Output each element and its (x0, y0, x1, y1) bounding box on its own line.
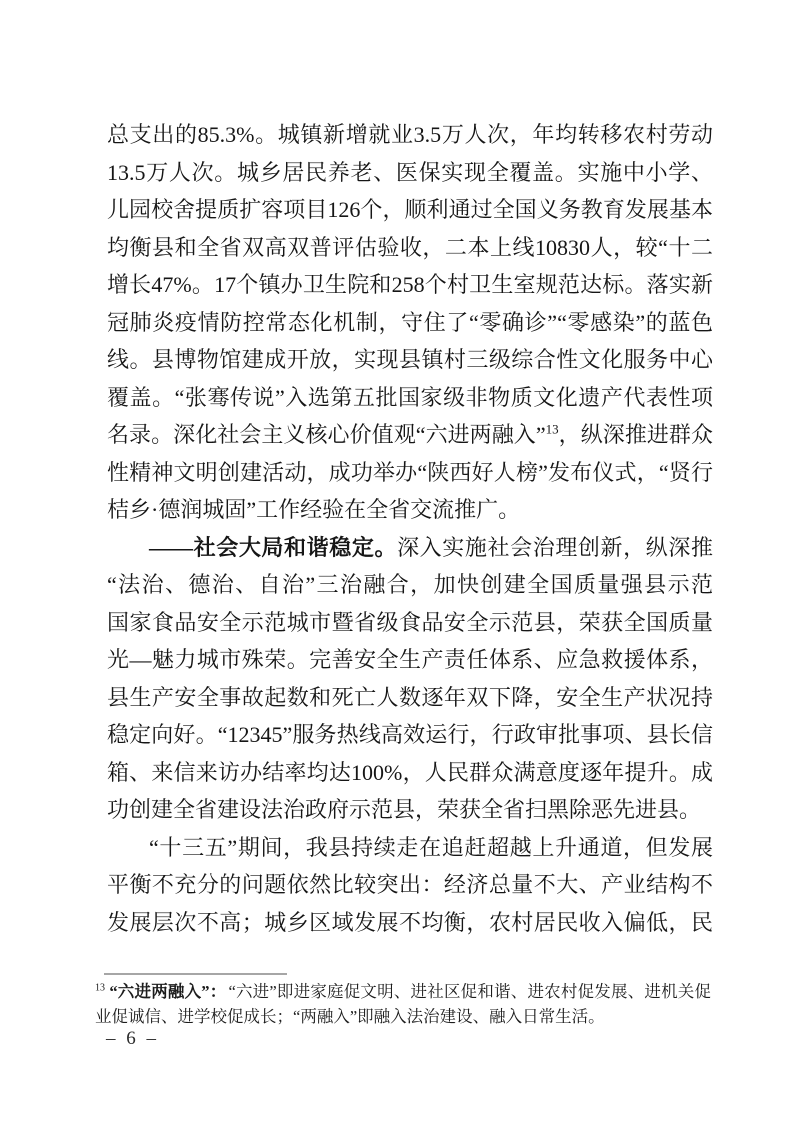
body-line: 性精神文明创建活动，成功举办“陕西好人榜”发布仪式，“贤行 (107, 454, 713, 492)
body-line: 总支出的85.3%。城镇新增就业3.5万人次，年均转移农村劳动力 (107, 116, 713, 154)
body-line: 发展层次不高；城乡区域发展不均衡，农村居民收入偏低，民生 (107, 904, 713, 942)
body-line: 线。县博物馆建成开放，实现县镇村三级综合性文化服务中心全 (107, 341, 713, 379)
body-line: 13.5万人次。城乡居民养老、医保实现全覆盖。实施中小学、幼 (107, 154, 713, 192)
document-page: 总支出的85.3%。城镇新增就业3.5万人次，年均转移农村劳动力 13.5万人次… (0, 0, 793, 1122)
footnote-ref-13: 13 (546, 422, 559, 437)
body-line: 县生产安全事故起数和死亡人数逐年双下降，安全生产状况持续 (107, 679, 713, 717)
footnote-line: 业促诚信、进学校促成长；“两融入”即融入法治建设、融入日常生活。 (95, 1004, 711, 1029)
body-line: 国家食品安全示范城市暨省级食品安全示范县，荣获全国质量之 (107, 604, 713, 642)
footnote-term: “六进两融入”： (109, 982, 226, 1001)
body-line: 增长47%。17个镇办卫生院和258个村卫生室规范达标。落实新 (107, 266, 713, 304)
line-text: 名录。深化社会主义核心价值观“六进两融入” (107, 422, 546, 447)
footnote-line: 13 “六进两融入”：“六进”即进家庭促文明、进社区促和谐、进农村促发展、进机关… (95, 979, 711, 1004)
bold-lead-in: ——社会大局和谐稳定。 (149, 535, 397, 560)
body-line: 名录。深化社会主义核心价值观“六进两融入”13，纵深推进群众 (107, 416, 713, 454)
body-line: 功创建全省建设法治政府示范县，荣获全省扫黑除恶先进县。 (107, 791, 713, 829)
body-line: 冠肺炎疫情防控常态化机制，守住了“零确诊”“零感染”的蓝色防 (107, 304, 713, 342)
body-line: 桔乡·德润城固”工作经验在全省交流推广。 (107, 491, 713, 529)
body-line-paragraph-start: “十三五”期间，我县持续走在追赶超越上升通道，但发展不 (107, 829, 713, 867)
body-line: 平衡不充分的问题依然比较突出：经济总量不大、产业结构不优、 (107, 866, 713, 904)
body-line: “法治、德治、自治”三治融合，加快创建全国质量强县示范县、 (107, 566, 713, 604)
page-number: – 6 – (106, 1027, 159, 1051)
body-text: 总支出的85.3%。城镇新增就业3.5万人次，年均转移农村劳动力 13.5万人次… (107, 116, 713, 941)
body-line: 儿园校舍提质扩容项目126个，顺利通过全国义务教育发展基本 (107, 191, 713, 229)
body-line-paragraph-start: ——社会大局和谐稳定。深入实施社会治理创新，纵深推进 (107, 529, 713, 567)
body-line: 箱、来信来访办结率均达100%，人民群众满意度逐年提升。成 (107, 754, 713, 792)
line-text: ，纵深推进群众 (559, 422, 713, 447)
body-line: 均衡县和全省双高双普评估验收，二本上线10830人，较“十二五” (107, 229, 713, 267)
body-line: 光—魅力城市殊荣。完善安全生产责任体系、应急救援体系，全 (107, 641, 713, 679)
footnote-marker-13: 13 (95, 983, 105, 994)
body-line: 覆盖。“张骞传说”入选第五批国家级非物质文化遗产代表性项目 (107, 379, 713, 417)
body-line: 稳定向好。“12345”服务热线高效运行，行政审批事项、县长信 (107, 716, 713, 754)
footnote: 13 “六进两融入”：“六进”即进家庭促文明、进社区促和谐、进农村促发展、进机关… (95, 979, 711, 1029)
footnote-separator (104, 973, 287, 975)
